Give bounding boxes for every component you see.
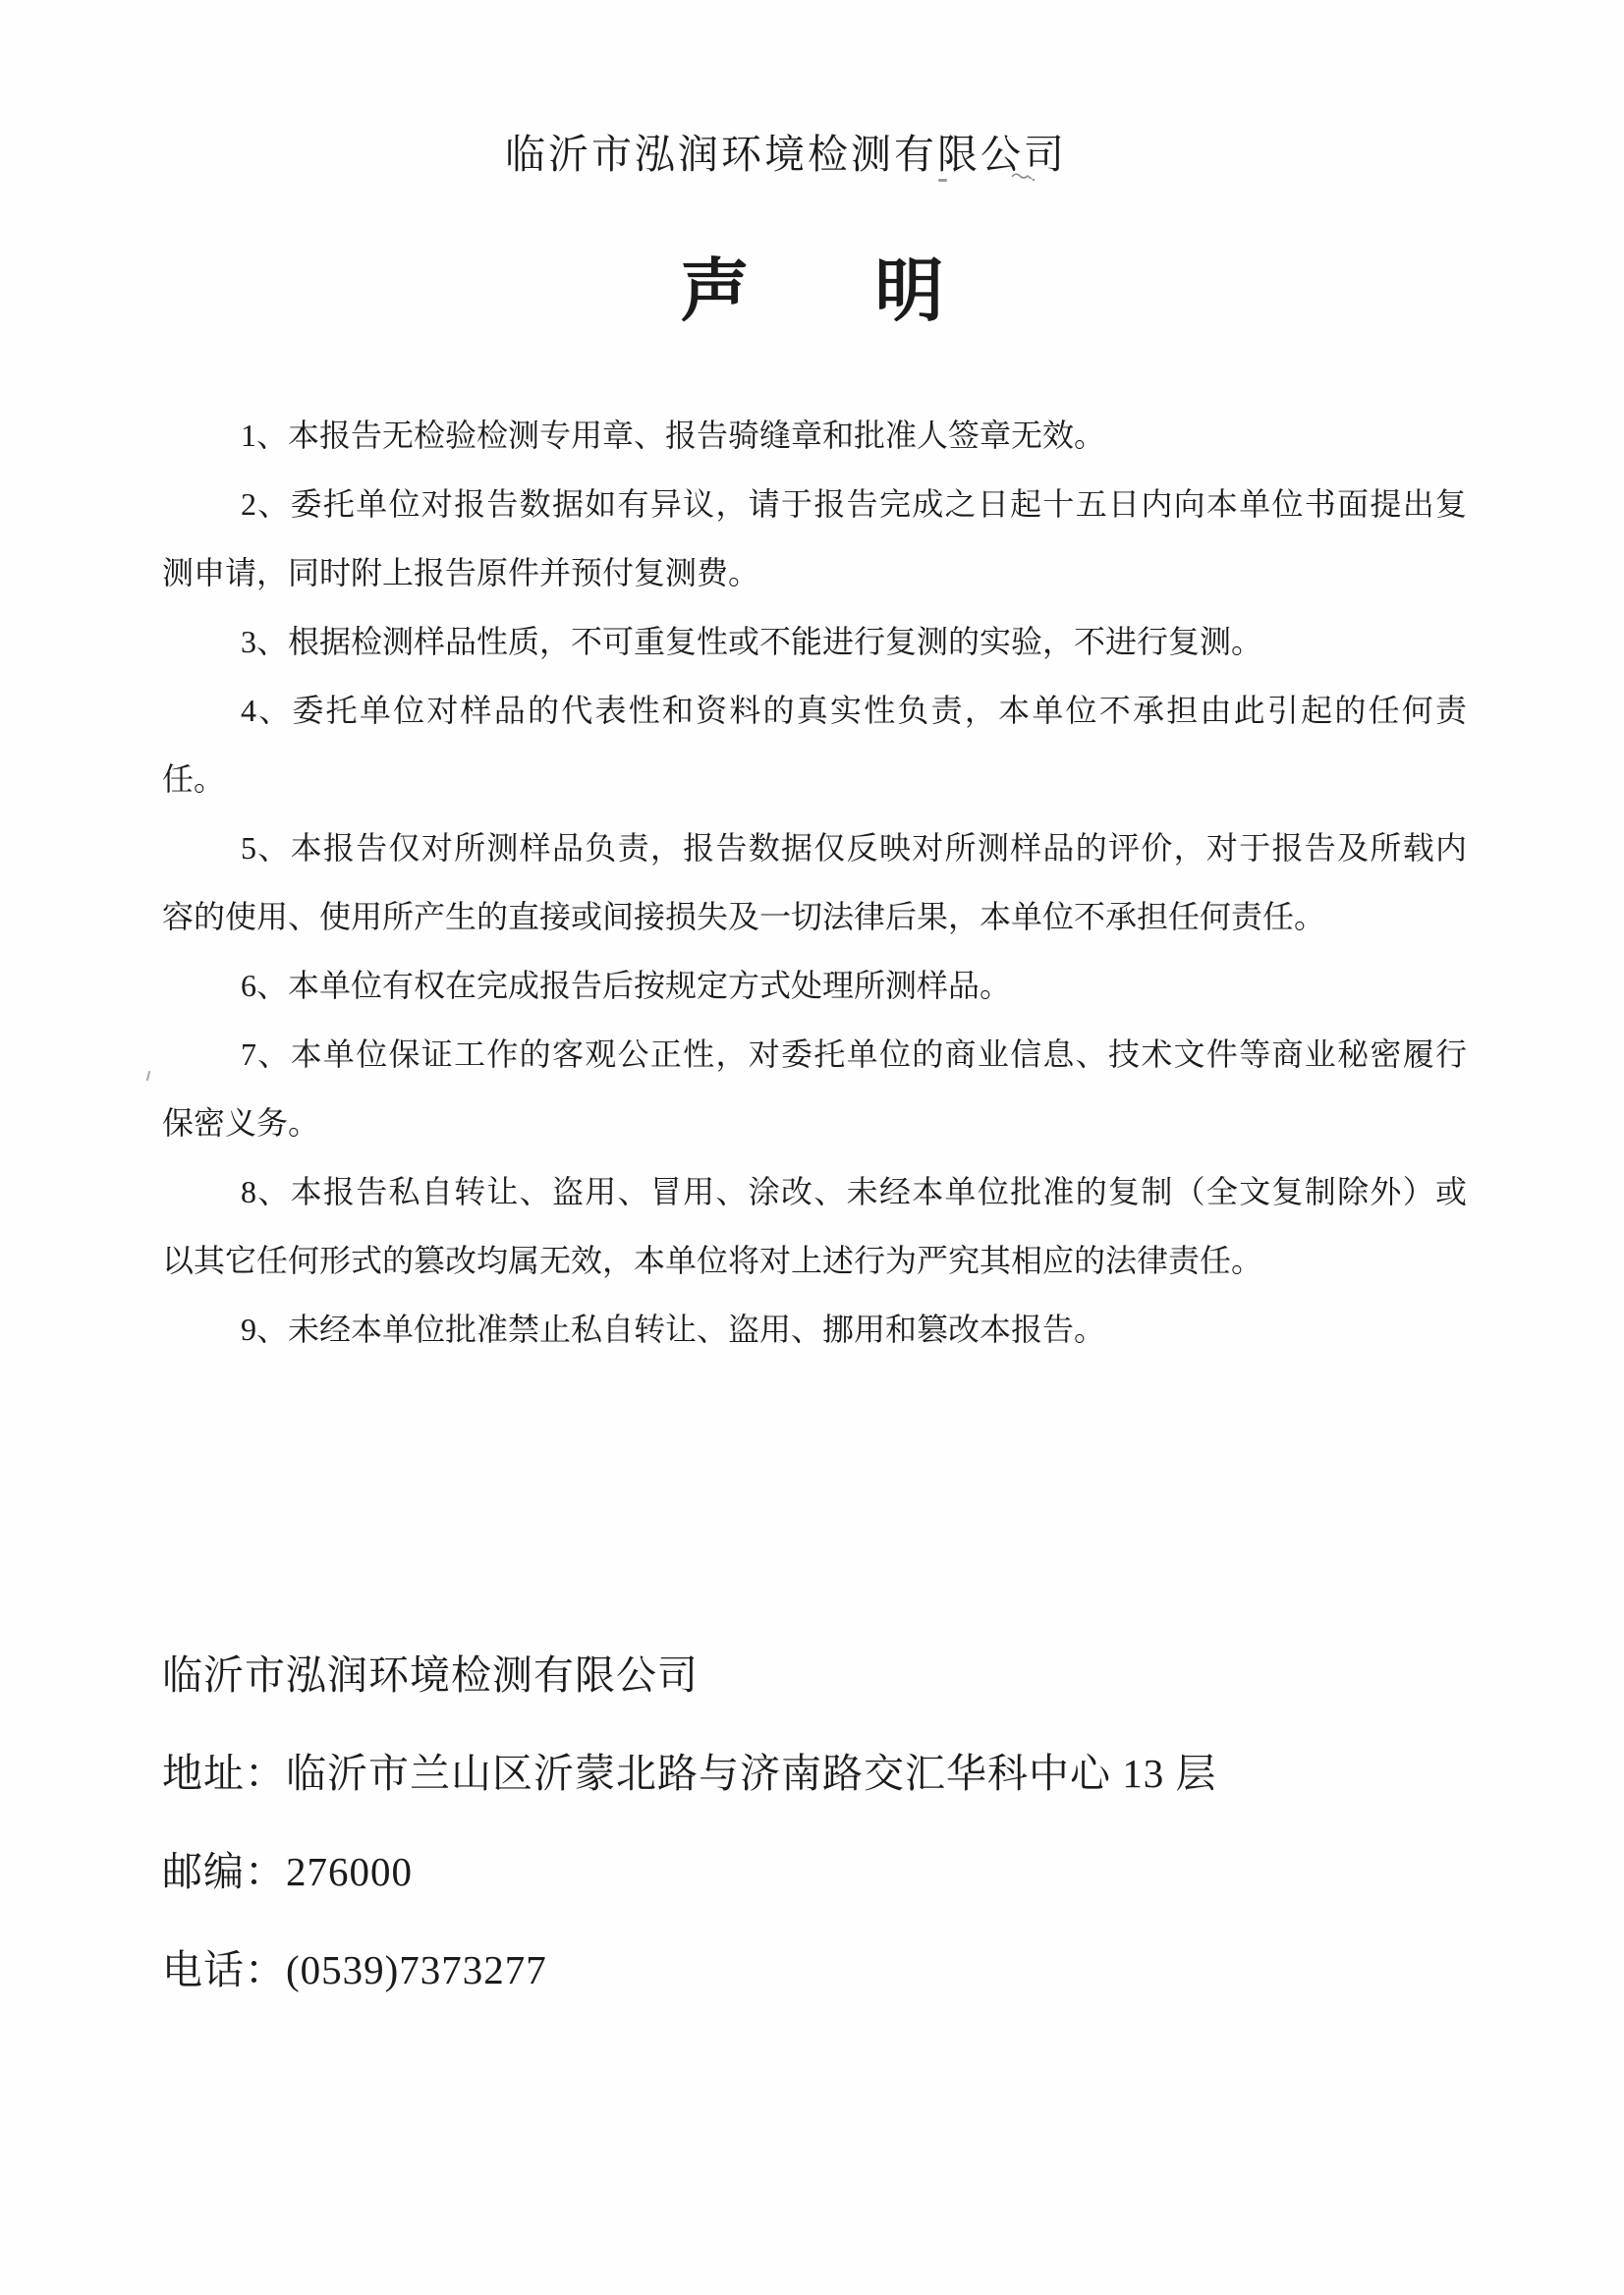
statement-line: 8、本报告私自转让、盗用、冒用、涂改、未经本单位批准的复制（全文复制除外）或 — [162, 1157, 1467, 1226]
statement-4: 4、委托单位对样品的代表性和资料的真实性负责，本单位不承担由此引起的任何责 任。 — [162, 676, 1467, 813]
statement-3: 3、根据检测样品性质，不可重复性或不能进行复测的实验，不进行复测。 — [162, 607, 1467, 676]
statement-line: 3、根据检测样品性质，不可重复性或不能进行复测的实验，不进行复测。 — [162, 607, 1467, 676]
document-footer: 临沂市泓润环境检测有限公司 地址：临沂市兰山区沂蒙北路与济南路交汇华科中心 13… — [162, 1626, 1217, 2019]
statement-line: 测申请，同时附上报告原件并预付复测费。 — [162, 538, 1467, 607]
statement-2: 2、委托单位对报告数据如有异议，请于报告完成之日起十五日内向本单位书面提出复 测… — [162, 470, 1467, 607]
statement-line: 容的使用、使用所产生的直接或间接损失及一切法律后果，本单位不承担任何责任。 — [162, 882, 1467, 951]
statement-line: 1、本报告无检验检测专用章、报告骑缝章和批准人签章无效。 — [162, 401, 1467, 470]
statement-7: 7、本单位保证工作的客观公正性，对委托单位的商业信息、技术文件等商业秘密履行 保… — [162, 1020, 1467, 1157]
header-company-name: 临沂市泓润环境检测有限公司 — [0, 122, 1572, 180]
statement-5: 5、本报告仅对所测样品负责，报告数据仅反映对所测样品的评价，对于报告及所载内 容… — [162, 813, 1467, 951]
statement-line: 任。 — [162, 745, 1467, 813]
document-title: 声明 — [0, 248, 1624, 337]
statement-line: 4、委托单位对样品的代表性和资料的真实性负责，本单位不承担由此引起的任何责 — [162, 676, 1467, 745]
footer-company-name: 临沂市泓润环境检测有限公司 — [162, 1626, 1217, 1724]
statement-page: 临沂市泓润环境检测有限公司 声明 1、本报告无检验检测专用章、报告骑缝章和批准人… — [0, 0, 1624, 2295]
statement-8: 8、本报告私自转让、盗用、冒用、涂改、未经本单位批准的复制（全文复制除外）或 以… — [162, 1157, 1467, 1295]
statement-line: 以其它任何形式的篡改均属无效，本单位将对上述行为严究其相应的法律责任。 — [162, 1226, 1467, 1295]
footer-address: 地址：临沂市兰山区沂蒙北路与济南路交汇华科中心 13 层 — [162, 1724, 1217, 1822]
statement-line: 9、未经本单位批准禁止私自转让、盗用、挪用和篡改本报告。 — [162, 1295, 1467, 1364]
title-char-right: 明 — [875, 254, 944, 330]
statement-line: 5、本报告仅对所测样品负责，报告数据仅反映对所测样品的评价，对于报告及所载内 — [162, 813, 1467, 882]
footer-postal-code: 邮编：276000 — [162, 1822, 1217, 1921]
title-char-left: 声 — [681, 254, 750, 330]
footer-phone: 电话：(0539)7373277 — [162, 1921, 1217, 2019]
statement-line: 6、本单位有权在完成报告后按规定方式处理所测样品。 — [162, 951, 1467, 1020]
statement-9: 9、未经本单位批准禁止私自转让、盗用、挪用和篡改本报告。 — [162, 1295, 1467, 1364]
statement-1: 1、本报告无检验检测专用章、报告骑缝章和批准人签章无效。 — [162, 401, 1467, 470]
scan-artifact — [146, 1071, 150, 1081]
statement-6: 6、本单位有权在完成报告后按规定方式处理所测样品。 — [162, 951, 1467, 1020]
statement-line: 2、委托单位对报告数据如有异议，请于报告完成之日起十五日内向本单位书面提出复 — [162, 470, 1467, 538]
statement-line: 7、本单位保证工作的客观公正性，对委托单位的商业信息、技术文件等商业秘密履行 — [162, 1020, 1467, 1089]
statement-list: 1、本报告无检验检测专用章、报告骑缝章和批准人签章无效。 2、委托单位对报告数据… — [162, 401, 1467, 1364]
statement-line: 保密义务。 — [162, 1089, 1467, 1157]
